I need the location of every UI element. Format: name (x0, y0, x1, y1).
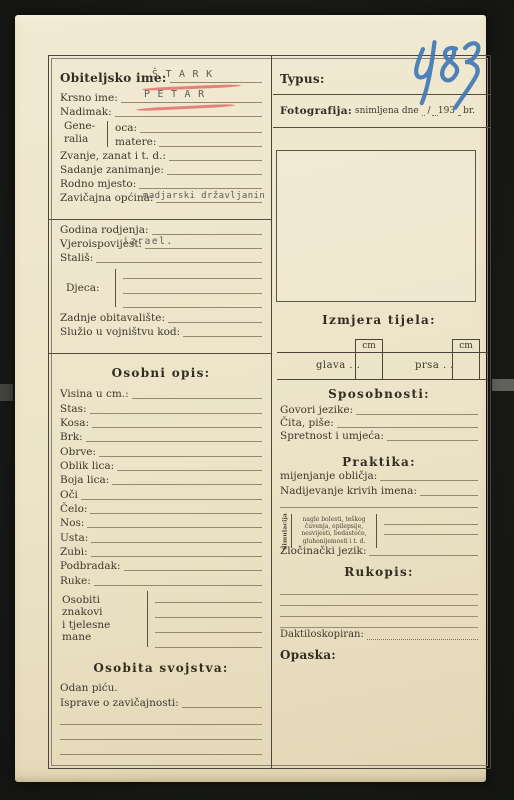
writing-line (168, 322, 262, 323)
left-column: Obiteljsko ime: ŠTARK Krsno ime: PETAR N… (49, 56, 271, 768)
field-label: Visina u cm.: (60, 388, 132, 400)
special-marks-line2: i tjelesne mane (62, 619, 142, 644)
field-military-service: Služio u vojništvu kod: (60, 324, 262, 338)
chest-label: prsa . . (415, 360, 454, 371)
writing-line (145, 248, 262, 249)
field-oblik-lica: Oblik lica: (60, 458, 262, 472)
field-occupation: Zvanje, zanat i t. d.: (60, 148, 262, 162)
special-marks-line1: Osobiti znakovi (62, 594, 142, 619)
writing-line (124, 570, 262, 571)
writing-line (123, 307, 262, 308)
field-family-name: Obiteljsko ime: ŠTARK (60, 69, 262, 84)
section-separator (49, 353, 271, 354)
group-bracket-line (107, 121, 108, 147)
writing-line (139, 188, 262, 189)
column-divider-line (271, 55, 272, 769)
field-label: Boja lica: (60, 474, 112, 486)
writing-line (384, 524, 478, 525)
field-ruke: Ruke: (60, 572, 262, 586)
field-label: mijenjanje obličja: (280, 470, 380, 482)
writing-line (86, 441, 262, 442)
field-label: Usta: (60, 532, 91, 544)
writing-line (121, 102, 262, 103)
special-marks-label: Osobiti znakovi i tjelesne mane (60, 594, 142, 644)
field-label: Zubi: (60, 546, 91, 558)
field-oci: Oči (60, 486, 262, 500)
writing-line (92, 427, 262, 428)
photo-box (276, 150, 476, 302)
writing-line-row (60, 741, 262, 756)
field-skills: Spretnost i umjeća: (280, 429, 478, 442)
simulation-description: nagle bolesti, teškog čuvenja, epilepsij… (291, 514, 377, 548)
field-birthplace: Rodno mjesto: (60, 176, 262, 190)
field-label: Sadanje zanimanje: (60, 164, 167, 176)
field-label: Oblik lica: (60, 460, 117, 472)
field-zubi: Zubi: (60, 544, 262, 558)
writing-line (280, 617, 478, 628)
field-label: Nos: (60, 517, 87, 529)
field-label: Isprave o zavičajnosti: (60, 697, 182, 709)
field-celo: Čelo: (60, 501, 262, 515)
field-label: Stališ: (60, 252, 96, 264)
special-marks-group: Osobiti znakovi i tjelesne mane (60, 590, 262, 648)
field-father: oca: (115, 120, 262, 134)
writing-line (156, 202, 262, 203)
field-kosa: Kosa: (60, 415, 262, 429)
field-label: Oči (60, 489, 81, 501)
practice-header: Praktika: (280, 455, 478, 469)
writing-line (60, 754, 262, 755)
personal-description-header: Osobni opis: (60, 366, 262, 380)
field-nos: Nos: (60, 515, 262, 529)
field-criminal-language: Zločinački jezik: (280, 548, 478, 557)
writing-line (152, 234, 263, 235)
dotted-line (367, 639, 478, 640)
field-label: Stas: (60, 403, 90, 415)
writing-line (155, 602, 262, 603)
writing-line (280, 584, 478, 595)
generalia-group: Gene- ralia oca: matere: (60, 120, 262, 148)
field-religion: Vjeroispovijest: izrael. (60, 236, 262, 250)
field-boja-lica: Boja lica: (60, 472, 262, 486)
field-label: matere: (115, 136, 159, 148)
writing-line (81, 499, 262, 500)
writing-line (123, 278, 262, 279)
writing-line-row (60, 711, 262, 726)
field-label: Zavičajna općina: (60, 192, 156, 204)
simulation-label-wrap: Simulacija (280, 514, 291, 548)
field-drink: Odan piću. (60, 680, 262, 694)
generalia-line2: ralia (64, 133, 102, 146)
generalia-label: Gene- ralia (60, 120, 102, 148)
writing-line (167, 174, 262, 175)
writing-line (90, 413, 262, 414)
abilities-header: Sposobnosti: (280, 387, 478, 401)
field-shape-change: mijenjanje obličja: (280, 469, 478, 482)
field-nickname: Nadimak: (60, 104, 262, 118)
field-status: Stališ: (60, 250, 262, 264)
field-usta: Usta: (60, 529, 262, 543)
writing-line (420, 495, 478, 496)
field-obrve: Obrve: (60, 443, 262, 457)
field-label: Nadimak: (60, 106, 115, 118)
writing-line (380, 480, 478, 481)
special-traits-header: Osobita svojstva: (60, 661, 262, 675)
field-label: oca: (115, 122, 140, 134)
writing-line (155, 647, 262, 648)
scan-edge-notch-right (492, 379, 514, 391)
field-languages: Govori jezike: (280, 401, 478, 416)
writing-line (123, 293, 262, 294)
writing-line (280, 595, 478, 606)
writing-line (155, 617, 262, 618)
field-birth-year: Godina rodjenja: (60, 220, 262, 236)
children-group: Djeca: (60, 268, 262, 308)
field-label: Typus: (280, 73, 328, 85)
writing-line (337, 427, 478, 428)
field-label: Čita, piše: (280, 417, 337, 429)
handwriting-header: Rukopis: (280, 565, 478, 579)
writing-line (356, 414, 478, 415)
field-label: Daktiloskopiran: (280, 629, 367, 641)
field-current-job: Sadanje zanimanje: (60, 162, 262, 176)
writing-line (183, 336, 262, 337)
writing-line (140, 132, 262, 133)
writing-line (91, 542, 262, 543)
field-stas: Stas: (60, 400, 262, 414)
typed-religion: izrael. (123, 236, 174, 248)
writing-line (280, 507, 478, 508)
section-separator (273, 127, 491, 128)
writing-line (115, 116, 262, 117)
writing-line (387, 440, 478, 441)
right-column: Typus: Fotografija: snimljena dne / 193 … (273, 56, 491, 768)
field-label: Brk: (60, 431, 86, 443)
typed-family-name: ŠTARK (152, 69, 220, 81)
writing-line (159, 146, 262, 147)
field-brk: Brk: (60, 429, 262, 443)
field-label: Čelo: (60, 503, 90, 515)
field-last-residence: Zadnje obitavalište: (60, 310, 262, 324)
field-label: Rodno mjesto: (60, 178, 139, 190)
field-label: Zločinački jezik: (280, 545, 369, 557)
writing-line-row (280, 497, 478, 509)
field-label: Opaska: (280, 649, 339, 661)
writing-line (90, 513, 262, 514)
field-label: Odan piću. (60, 682, 121, 694)
typed-first-name: PETAR (144, 89, 212, 101)
field-label: Govori jezike: (280, 404, 356, 416)
handwritten-number-483 (400, 32, 506, 124)
field-label: Spretnost i umjeća: (280, 430, 387, 442)
measurements-header: Izmjera tijela: (280, 313, 478, 327)
scanned-document: Obiteljsko ime: ŠTARK Krsno ime: PETAR N… (0, 0, 514, 800)
field-label: Služio u vojništvu kod: (60, 326, 183, 338)
writing-line (155, 632, 262, 633)
field-fingerprinted: Daktiloskopiran: (280, 630, 478, 641)
writing-line (99, 456, 262, 457)
field-visina: Visina u cm.: (60, 386, 262, 400)
cm-label: cm (453, 340, 479, 353)
writing-line (94, 585, 262, 586)
writing-line (170, 82, 262, 83)
writing-line (280, 606, 478, 617)
field-reads-writes: Čita, piše: (280, 416, 478, 429)
writing-line (132, 398, 262, 399)
writing-line (91, 556, 262, 557)
group-bracket-line (115, 269, 116, 307)
field-documents: Isprave o zavičajnosti: (60, 694, 262, 709)
field-remark: Opaska: (280, 648, 478, 661)
field-label: Fotografija: (280, 105, 355, 117)
field-label: Obrve: (60, 446, 99, 458)
head-label: glava . . (316, 360, 360, 371)
field-podbradak: Podbradak: (60, 558, 262, 572)
writing-line (369, 555, 478, 556)
writing-line (182, 707, 262, 708)
writing-line (87, 527, 262, 528)
simulation-group: Simulacija nagle bolesti, teškog čuvenja… (280, 514, 478, 548)
field-mother: matere: (115, 134, 262, 148)
generalia-line1: Gene- (64, 120, 102, 133)
field-label: Ruke: (60, 575, 94, 587)
field-label: Nadijevanje krivih imena: (280, 485, 420, 497)
cm-label: cm (356, 340, 382, 353)
field-false-names: Nadijevanje krivih imena: (280, 482, 478, 497)
writing-line (96, 262, 262, 263)
field-first-name: Krsno ime: PETAR (60, 89, 262, 104)
field-label: Kosa: (60, 417, 92, 429)
writing-line (384, 534, 478, 535)
measurements-table: cm cm glava . . prsa . . (280, 339, 478, 380)
writing-line (117, 470, 262, 471)
writing-line (112, 484, 262, 485)
cm-cell-head: cm (355, 339, 383, 379)
scan-edge-notch-left (0, 384, 13, 401)
group-bracket-line (147, 591, 148, 647)
writing-line-row (60, 726, 262, 741)
writing-line (169, 160, 262, 161)
field-label: Podbradak: (60, 560, 124, 572)
table-line (277, 379, 488, 380)
field-label: Godina rodjenja: (60, 224, 152, 236)
children-label: Djeca: (60, 282, 110, 295)
field-label: Krsno ime: (60, 92, 121, 104)
field-label: Zadnje obitavalište: (60, 312, 168, 324)
paper-sheet: Obiteljsko ime: ŠTARK Krsno ime: PETAR N… (15, 15, 486, 782)
field-label: Zvanje, zanat i t. d.: (60, 150, 169, 162)
field-home-municipality: Zavičajna općina: madjarski državljanin (60, 190, 262, 204)
cm-cell-chest: cm (452, 339, 480, 379)
writing-line (60, 739, 262, 740)
writing-line (60, 724, 262, 725)
typed-home-municipality: madjarski državljanin (143, 190, 265, 202)
